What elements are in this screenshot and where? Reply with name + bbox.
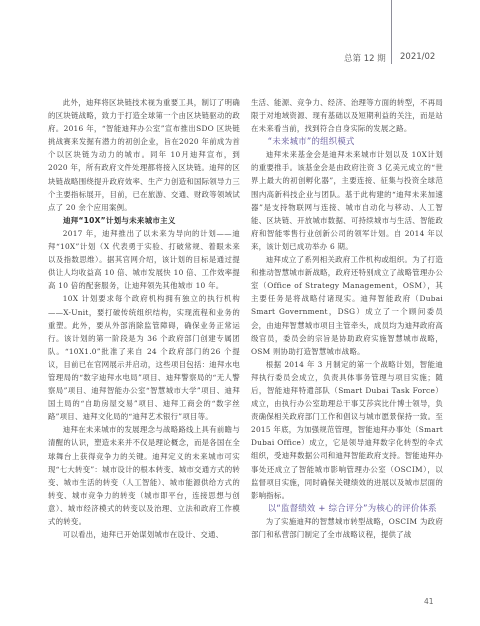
paragraph: 可以看出，迪拜已开始谋划城市在设计、交通、	[48, 528, 240, 541]
paragraph: 迪拜未来基金会是迪拜未来城市计划以及 10X计划的重要推手。该基金会是由政府注资…	[251, 148, 443, 253]
paragraph: 根据 2014 年 3 月制定的第一个战略计划，智能迪拜执行委员会成立，负责具体…	[251, 358, 443, 502]
issue-date: 2021/02	[400, 52, 435, 62]
paragraph: 此外，迪拜将区块链技术视为重要工具，制订了明确的区块链战略，致力于打造全球第一个…	[48, 96, 240, 214]
paragraph: 10X 计划要求每个政府机构拥有独立的执行机构——X-Unit，要打破传统组织结…	[48, 292, 240, 423]
left-column: 此外，迪拜将区块链技术视为重要工具，制订了明确的区块链战略，致力于打造全球第一个…	[48, 96, 240, 541]
subheading: 迪拜“10X”计划与未来城市主义	[48, 214, 240, 227]
paragraph: 迪拜成立了系列相关政府工作机构或组织。为了打造和推动智慧城市新战略，政府还特别成…	[251, 253, 443, 358]
section-title: 以“监督绩效 + 综合评分”为核心的评价体系	[251, 502, 443, 515]
paragraph: 2017 年，迪拜推出了以未来为导向的计划——迪拜“10X”计划（X 代表勇于实…	[48, 227, 240, 292]
header-divider	[391, 0, 392, 64]
right-column: 生活、能源、竞争力、经济、治理等方面的转型，不再局限于对地域资源、现有基础以及短…	[251, 96, 443, 541]
section-title: “未来城市”的组织模式	[251, 135, 443, 148]
paragraph: 为了实施迪拜的智慧城市转型战略，OSCIM 为政府部门和私营部门制定了全市战略议…	[251, 515, 443, 541]
page-header: 总第 12 期 2021/02	[0, 0, 480, 70]
paragraph: 迪拜在未来城市的发展理念与战略路线上具有前瞻与清醒的认识，塑造未来并不仅是理论概…	[48, 423, 240, 528]
issue-number: 总第 12 期	[344, 52, 386, 64]
paragraph: 生活、能源、竞争力、经济、治理等方面的转型，不再局限于对地域资源、现有基础以及短…	[251, 96, 443, 135]
page-number: 41	[424, 597, 434, 606]
